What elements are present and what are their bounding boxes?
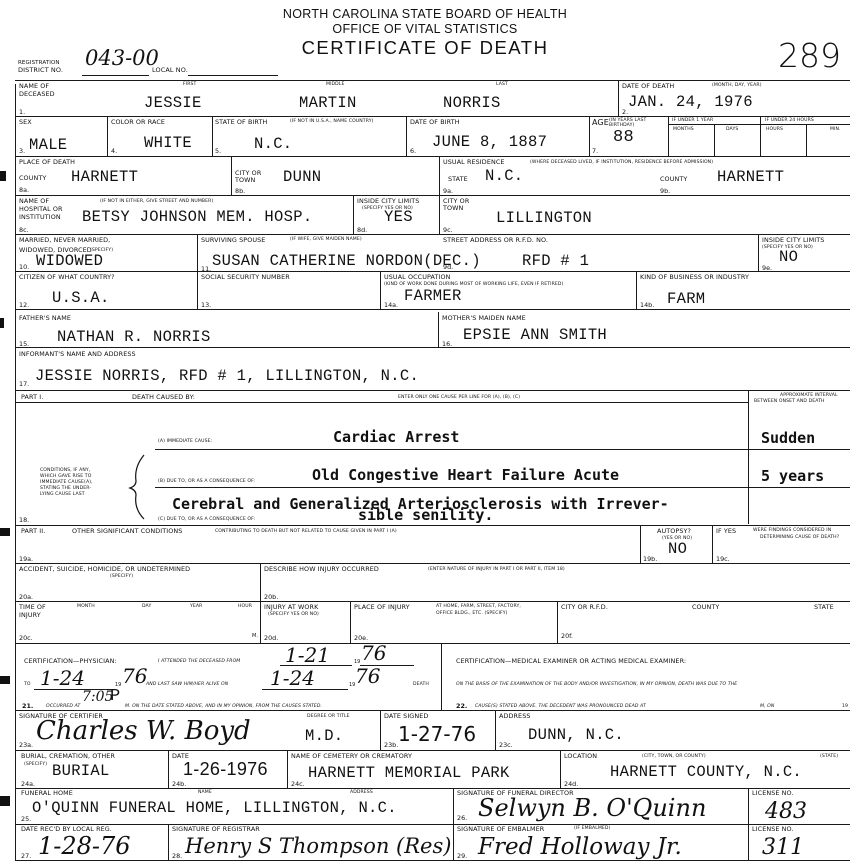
min-label: MIN. <box>830 127 841 132</box>
pod-county-label: COUNTY <box>19 175 46 182</box>
age-label: AGE <box>592 119 609 128</box>
examiner-basis-text: ON THE BASIS OF THE EXAMINATION OF THE B… <box>456 682 737 687</box>
item-23b: 23b. <box>384 741 398 749</box>
registrar-signature[interactable]: Henry S Thompson (Res) <box>185 834 451 858</box>
item-21: 21. <box>22 702 33 710</box>
first-name[interactable]: JESSIE <box>144 94 202 112</box>
sex-label: SEX <box>19 119 32 126</box>
place-hint-1: AT HOME, FARM, STREET, FACTORY, <box>436 604 521 609</box>
funeral-home[interactable]: O'QUINN FUNERAL HOME, LILLINGTON, N.C. <box>32 799 397 817</box>
item-3: 3. <box>19 147 25 155</box>
cause-a-label: (a) IMMEDIATE CAUSE: <box>158 439 212 444</box>
conditions-label-1: CONDITIONS, IF ANY, <box>40 468 90 473</box>
funeral-address-label: ADDRESS <box>350 790 373 795</box>
first-label: FIRST <box>183 82 196 87</box>
occupation-label: USUAL OCCUPATION <box>384 274 451 281</box>
item-20b: 20b. <box>264 593 278 601</box>
at-work-hint: (SPECIFY YES OR NO) <box>268 612 319 617</box>
attended-from-label: I ATTENDED THE DECEASED FROM <box>158 659 240 664</box>
last-saw-year[interactable]: 76 <box>355 664 380 688</box>
if-yes-label: IF YES <box>716 528 736 535</box>
hospital-label-3: INSTITUTION <box>19 214 61 221</box>
deceased-label-1: NAME OF <box>19 83 49 90</box>
item-8a: 8a. <box>19 186 29 194</box>
cause-instruction: ENTER ONLY ONE CAUSE PER LINE FOR (a), (… <box>398 395 520 400</box>
hours-label: HOURS <box>766 127 783 132</box>
occupation[interactable]: FARMER <box>404 287 462 305</box>
cause-a-interval[interactable]: Sudden <box>761 429 815 447</box>
res-state[interactable]: N.C. <box>485 167 523 185</box>
occurred-label: OCCURRED AT <box>46 704 80 709</box>
opinion-text: M. ON THE DATE STATED ABOVE, AND IN MY O… <box>125 704 322 709</box>
hour-label: HOUR <box>238 604 252 609</box>
location-hint: (CITY, TOWN, OR COUNTY) <box>642 754 706 759</box>
bracket-icon <box>128 453 148 521</box>
pod-inside-city-label: INSIDE CITY LIMITS <box>357 198 419 205</box>
res-city-label: CITY OR TOWN <box>443 198 475 212</box>
hospital-label-2: HOSPITAL OR <box>19 206 63 213</box>
res-inside-city[interactable]: NO <box>779 248 798 266</box>
business-label: KIND OF BUSINESS OR INDUSTRY <box>640 274 749 281</box>
item-24b: 24b. <box>172 780 186 788</box>
item-10: 10. <box>19 263 29 271</box>
attended-to[interactable]: 1-24 <box>40 666 85 690</box>
item-9a: 9a. <box>443 187 453 195</box>
item-11: 11. <box>201 265 211 273</box>
location-label: LOCATION <box>564 753 597 760</box>
item-4: 4. <box>111 147 117 155</box>
res-street[interactable]: RFD # 1 <box>522 252 589 270</box>
item-19c: 19c. <box>716 555 730 563</box>
spouse-hint: (IF WIFE, GIVE MAIDEN NAME) <box>290 237 362 242</box>
attended-to-year[interactable]: 76 <box>122 664 147 688</box>
place-of-injury-label: PLACE OF INJURY <box>354 604 410 611</box>
item-25: 25. <box>21 815 31 823</box>
item-8c: 8c. <box>19 226 29 234</box>
disposition-date[interactable]: 1-26-1976 <box>183 759 268 780</box>
examiner-pronounced-text: CAUSE(S) STATED ABOVE. THE DECEDENT WAS … <box>475 704 646 709</box>
degree[interactable]: M.D. <box>305 727 343 745</box>
certificate-number: 289 <box>778 36 841 75</box>
death-label: DEATH <box>413 682 429 687</box>
date-signed[interactable]: 1-27-76 <box>398 722 476 746</box>
item-13: 13. <box>201 301 211 309</box>
disposition-method-label: BURIAL, CREMATION, OTHER <box>21 753 115 760</box>
middle-name[interactable]: MARTIN <box>299 94 357 112</box>
informant[interactable]: JESSIE NORRIS, RFD # 1, LILLINGTON, N.C. <box>35 367 419 385</box>
time-of-injury-label-2: INJURY <box>19 612 41 619</box>
location-state-hint: (STATE) <box>820 754 838 759</box>
cause-b[interactable]: Old Congestive Heart Failure Acute <box>312 466 619 484</box>
describe-label: DESCRIBE HOW INJURY OCCURRED <box>264 566 379 573</box>
cemetery-label: NAME OF CEMETERY OR CREMATORY <box>291 753 412 760</box>
certifier-signature[interactable]: Charles W. Boyd <box>36 716 251 746</box>
hospital[interactable]: BETSY JOHNSON MEM. HOSP. <box>82 208 312 226</box>
state-of-birth-label: STATE OF BIRTH <box>215 119 267 126</box>
conditions-label-5: LYING CAUSE LAST <box>40 492 85 497</box>
examiner-cert-title: CERTIFICATION—MEDICAL EXAMINER OR ACTING… <box>456 658 686 665</box>
embalmer-hint: (IF EMBALMED) <box>574 826 610 831</box>
item-9c: 9c. <box>443 226 453 234</box>
local-no-label: LOCAL NO. <box>152 67 188 74</box>
year-label: YEAR <box>190 604 202 609</box>
item-12: 12. <box>19 301 29 309</box>
item-23c: 23c. <box>499 741 513 749</box>
item-28: 28. <box>172 852 182 860</box>
middle-label: MIDDLE <box>326 82 344 87</box>
item-14b: 14b. <box>640 301 654 309</box>
date-signed-label: DATE SIGNED <box>384 713 428 720</box>
item-20c: 20c. <box>19 634 33 642</box>
under-1-year-label: IF UNDER 1 YEAR <box>672 118 713 123</box>
pod-inside-city[interactable]: YES <box>384 208 413 226</box>
conditions-label-4: STATING THE UNDER- <box>40 486 91 491</box>
sex[interactable]: MALE <box>29 136 67 154</box>
cause-b-label: (b) DUE TO, OR AS A CONSEQUENCE OF: <box>158 479 255 484</box>
item-26: 26. <box>457 814 467 822</box>
ssn-label: SOCIAL SECURITY NUMBER <box>201 274 290 281</box>
item-24d: 24d. <box>564 780 578 788</box>
embalmer-license[interactable]: 311 <box>762 835 804 860</box>
if-yes-hint-2: DETERMINING CAUSE OF DEATH? <box>760 535 839 540</box>
item-19b: 19b. <box>643 555 657 563</box>
interval-label-1: APPROXIMATE INTERVAL <box>780 393 838 398</box>
days-label: DAYS <box>726 127 738 132</box>
deceased-label-2: DECEASED <box>19 91 55 98</box>
res-county-label: COUNTY <box>660 176 687 183</box>
embalmer-signature-label: SIGNATURE OF EMBALMER <box>457 826 544 833</box>
item-24c: 24c. <box>291 780 305 788</box>
death-caused-by-label: DEATH CAUSED BY: <box>132 394 195 401</box>
date-of-birth[interactable]: JUNE 8, 1887 <box>432 133 547 151</box>
age-hint: (IN YEARS LAST BIRTHDAY) <box>609 118 667 128</box>
injury-m-label: M. <box>252 633 258 639</box>
part2-label: PART II. <box>21 528 45 535</box>
physician-cert-title: CERTIFICATION—PHYSICIAN: <box>24 658 117 665</box>
res-city[interactable]: LILLINGTON <box>496 209 592 227</box>
conditions-label-2: WHICH GAVE RISE TO <box>40 474 91 479</box>
citizen[interactable]: U.S.A. <box>52 289 110 307</box>
examiner-year-prefix: 19 <box>842 704 848 709</box>
res-inside-city-label: INSIDE CITY LIMITS <box>762 237 824 244</box>
place-hint-2: OFFICE BLDG., ETC. (SPECIFY) <box>436 611 508 616</box>
if-yes-hint-1: WERE FINDINGS CONSIDERED IN <box>753 528 831 533</box>
disposition-method[interactable]: BURIAL <box>52 762 110 780</box>
injury-county-label: COUNTY <box>692 604 719 611</box>
surviving-spouse[interactable]: SUSAN CATHERINE NORDON(DEC.) <box>212 252 481 270</box>
last-label: LAST <box>496 82 508 87</box>
res-county[interactable]: HARNETT <box>717 168 784 186</box>
street-label: STREET ADDRESS OR R.F.D. No. <box>443 237 548 244</box>
cause-a[interactable]: Cardiac Arrest <box>333 428 459 446</box>
item-2: 2. <box>622 108 628 116</box>
interval-label-2: BETWEEN ONSET AND DEATH <box>754 399 825 404</box>
conditions-label-3: IMMEDIATE CAUSE(a), <box>40 480 93 485</box>
last-saw[interactable]: 1-24 <box>270 666 315 690</box>
marital-label-1: MARRIED, NEVER MARRIED, <box>19 237 110 244</box>
item-22: 22. <box>456 702 467 710</box>
certifier-address[interactable]: DUNN, N.C. <box>528 726 624 744</box>
business[interactable]: FARM <box>667 290 705 308</box>
father-label: FATHER'S NAME <box>19 315 71 322</box>
funeral-name-label: NAME <box>198 790 212 795</box>
residence-hint: (WHERE DECEASED LIVED, IF INSTITUTION, R… <box>530 160 713 165</box>
item-1: 1. <box>19 108 25 116</box>
citizen-label: CITIZEN OF WHAT COUNTRY? <box>19 274 115 281</box>
item-8d: 8d. <box>357 226 367 234</box>
date-of-death-hint: (MONTH, DAY, YEAR) <box>712 83 762 88</box>
accident-hint: (SPECIFY) <box>110 574 133 579</box>
race-label: COLOR OR RACE <box>111 119 165 126</box>
pod-city-label: CITY OR TOWN <box>235 170 265 184</box>
race[interactable]: WHITE <box>144 134 192 152</box>
registrar-signature-label: SIGNATURE OF REGISTRAR <box>172 826 260 833</box>
item-17: 17. <box>19 380 29 388</box>
header-line-1: NORTH CAROLINA STATE BOARD OF HEALTH <box>0 7 850 21</box>
registration-district[interactable]: 043-00 <box>85 46 159 70</box>
accident-label: ACCIDENT, SUICIDE, HOMICIDE, OR UNDETERM… <box>19 566 190 573</box>
funeral-home-label: FUNERAL HOME <box>21 790 73 797</box>
item-15: 15. <box>19 340 29 348</box>
res-state-label: STATE <box>448 176 468 183</box>
item-27: 27. <box>21 852 31 860</box>
degree-label: DEGREE OR TITLE <box>307 714 350 719</box>
time-of-injury-label-1: TIME OF <box>19 604 46 611</box>
director-license[interactable]: 483 <box>765 799 807 824</box>
location[interactable]: HARNETT COUNTY, N.C. <box>610 763 802 781</box>
autopsy-label: AUTOPSY? <box>657 528 691 535</box>
examiner-m-on: M, ON <box>760 704 774 709</box>
autopsy[interactable]: NO <box>668 540 687 558</box>
month-label: MONTH <box>77 604 95 609</box>
item-7: 7. <box>592 147 598 155</box>
embalmer-license-label: LICENSE NO. <box>752 826 794 833</box>
injury-city-label: CITY OR R.F.D. <box>561 604 608 611</box>
informant-label: INFORMANT'S NAME AND ADDRESS <box>19 351 136 358</box>
place-of-death-label: PLACE OF DEATH <box>19 159 75 166</box>
marital-status[interactable]: WIDOWED <box>36 252 103 270</box>
occurred-time[interactable]: 7:05 <box>82 689 113 705</box>
item-9e: 9e. <box>762 264 772 272</box>
item-20f: 20f. <box>561 632 573 640</box>
cause-b-interval[interactable]: 5 years <box>761 467 824 485</box>
funeral-director-signature[interactable]: Selwyn B. O'Quinn <box>478 794 706 822</box>
date-of-death-label: DATE OF DEATH <box>622 83 674 90</box>
date-received[interactable]: 1-28-76 <box>38 832 131 860</box>
item-8b: 8b. <box>235 187 245 195</box>
injury-state-label: STATE <box>814 604 834 611</box>
cemetery[interactable]: HARNETT MEMORIAL PARK <box>308 764 510 782</box>
item-19a: 19a. <box>19 555 33 563</box>
item-20a: 20a. <box>19 593 33 601</box>
part1-label: PART I. <box>21 394 43 401</box>
last-name[interactable]: NORRIS <box>443 94 501 112</box>
mother-label: MOTHER'S MAIDEN NAME <box>442 315 526 322</box>
disposition-method-hint: (SPECIFY) <box>24 762 47 767</box>
state-of-birth[interactable]: N.C. <box>254 135 292 153</box>
date-of-birth-label: DATE OF BIRTH <box>410 119 460 126</box>
pod-city[interactable]: DUNN <box>283 168 321 186</box>
hospital-hint: (IF NOT IN EITHER, GIVE STREET AND NUMBE… <box>100 199 213 204</box>
at-work-label: INJURY AT WORK <box>264 604 318 611</box>
to-label: TO <box>24 682 31 687</box>
item-6: 6. <box>410 147 416 155</box>
attended-from[interactable]: 1-21 <box>285 643 330 667</box>
date-of-death[interactable]: JAN. 24, 1976 <box>628 93 753 111</box>
item-18: 18. <box>19 516 29 524</box>
months-label: MONTHS <box>673 127 694 132</box>
item-16: 16. <box>442 340 452 348</box>
cause-c-label: (c) DUE TO, OR AS A CONSEQUENCE OF: <box>158 517 255 522</box>
day-label: DAY <box>142 604 151 609</box>
director-license-label: LICENSE NO. <box>752 790 794 797</box>
item-29: 29. <box>457 852 467 860</box>
under-24-hours-label: IF UNDER 24 HOURS <box>765 118 814 123</box>
occurred-ampm[interactable]: P <box>110 687 121 706</box>
address-label: ADDRESS <box>499 713 531 720</box>
item-5: 5. <box>215 147 221 155</box>
header-line-2: OFFICE OF VITAL STATISTICS <box>0 22 850 36</box>
part2-hint: CONTRIBUTING TO DEATH BUT NOT RELATED TO… <box>215 529 397 534</box>
pod-county[interactable]: HARNETT <box>71 168 138 186</box>
last-saw-label: AND LAST SAW HIM/HER ALIVE ON <box>146 682 228 687</box>
item-23a: 23a. <box>19 741 33 749</box>
hospital-label-1: NAME OF <box>19 198 49 205</box>
mother-name[interactable]: EPSIE ANN SMITH <box>463 326 607 344</box>
cause-c-line-2[interactable]: sible senility. <box>358 508 493 523</box>
spouse-label: SURVIVING SPOUSE <box>201 237 265 244</box>
father-name[interactable]: NATHAN R. NORRIS <box>57 328 211 346</box>
item-20d: 20d. <box>264 634 278 642</box>
embalmer-signature[interactable]: Fred Holloway Jr. <box>478 834 682 860</box>
item-14a: 14a. <box>384 301 398 309</box>
item-9d: 9d. <box>443 263 453 271</box>
district-label: DISTRICT NO. <box>18 67 63 74</box>
age[interactable]: 88 <box>613 128 634 147</box>
attended-from-year[interactable]: 76 <box>361 641 386 665</box>
item-9b: 9b. <box>660 187 670 195</box>
state-of-birth-hint: (IF NOT IN U.S.A., NAME COUNTRY) <box>290 119 390 124</box>
residence-label: USUAL RESIDENCE <box>443 159 505 166</box>
item-24a: 24a. <box>21 780 35 788</box>
describe-hint: (ENTER NATURE OF INJURY IN PART I OR PAR… <box>428 567 565 572</box>
part2-title: OTHER SIGNIFICANT CONDITIONS <box>72 528 182 535</box>
